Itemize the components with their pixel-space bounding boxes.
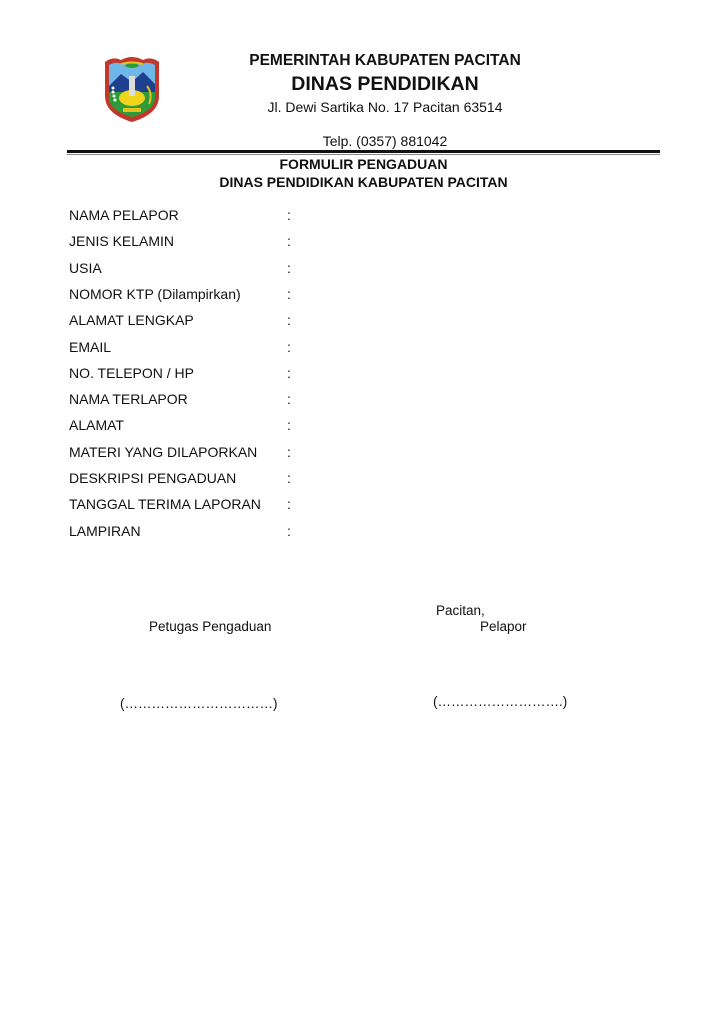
field-separator: : (287, 470, 291, 486)
field-separator: : (287, 260, 291, 276)
field-label: NOMOR KTP (Dilampirkan) (69, 286, 241, 302)
field-separator: : (287, 339, 291, 355)
header-divider-thick (67, 150, 660, 153)
coat-of-arms-logo (101, 54, 163, 124)
field-separator: : (287, 312, 291, 328)
header-government: PEMERINTAH KABUPATEN PACITAN (200, 52, 570, 70)
field-separator: : (287, 286, 291, 302)
field-separator: : (287, 417, 291, 433)
field-row-alamat-lengkap: ALAMAT LENGKAP : (69, 312, 469, 332)
field-row-email: EMAIL : (69, 339, 469, 359)
signature-reporter-label: Pelapor (480, 619, 527, 634)
field-label: USIA (69, 260, 102, 276)
field-label: NAMA PELAPOR (69, 207, 179, 223)
field-separator: : (287, 233, 291, 249)
field-row-jenis-kelamin: JENIS KELAMIN : (69, 233, 469, 253)
field-separator: : (287, 391, 291, 407)
field-row-materi: MATERI YANG DILAPORKAN : (69, 444, 469, 464)
form-title: FORMULIR PENGADUAN (67, 156, 660, 172)
field-separator: : (287, 496, 291, 512)
field-row-nama-terlapor: NAMA TERLAPOR : (69, 391, 469, 411)
header-department: DINAS PENDIDIKAN (200, 73, 570, 96)
field-row-nomor-ktp: NOMOR KTP (Dilampirkan) : (69, 286, 469, 306)
field-label: TANGGAL TERIMA LAPORAN (69, 496, 261, 512)
signature-officer-label: Petugas Pengaduan (149, 619, 271, 634)
field-label: EMAIL (69, 339, 111, 355)
header-divider-thin (67, 154, 660, 155)
form-subtitle: DINAS PENDIDIKAN KABUPATEN PACITAN (67, 174, 660, 190)
field-row-tanggal-terima: TANGGAL TERIMA LAPORAN : (69, 496, 469, 516)
field-row-nama-pelapor: NAMA PELAPOR : (69, 207, 469, 227)
signature-reporter-line: (……………………….) (433, 694, 567, 709)
field-label: JENIS KELAMIN (69, 233, 174, 249)
field-row-usia: USIA : (69, 260, 469, 280)
field-row-deskripsi: DESKRIPSI PENGADUAN : (69, 470, 469, 490)
header-address: Jl. Dewi Sartika No. 17 Pacitan 63514 (200, 99, 570, 115)
field-label: NO. TELEPON / HP (69, 365, 194, 381)
field-separator: : (287, 523, 291, 539)
field-label: ALAMAT (69, 417, 124, 433)
field-label: NAMA TERLAPOR (69, 391, 188, 407)
field-label: DESKRIPSI PENGADUAN (69, 470, 236, 486)
field-row-lampiran: LAMPIRAN : (69, 523, 469, 543)
field-label: MATERI YANG DILAPORKAN (69, 444, 257, 460)
field-row-alamat: ALAMAT : (69, 417, 469, 437)
field-separator: : (287, 444, 291, 460)
field-label: ALAMAT LENGKAP (69, 312, 194, 328)
signature-officer-line: (……………………………) (120, 696, 278, 711)
field-label: LAMPIRAN (69, 523, 141, 539)
field-row-telepon: NO. TELEPON / HP : (69, 365, 469, 385)
signature-place-date: Pacitan, (436, 603, 485, 618)
field-separator: : (287, 207, 291, 223)
header-phone: Telp. (0357) 881042 (200, 133, 570, 149)
field-separator: : (287, 365, 291, 381)
